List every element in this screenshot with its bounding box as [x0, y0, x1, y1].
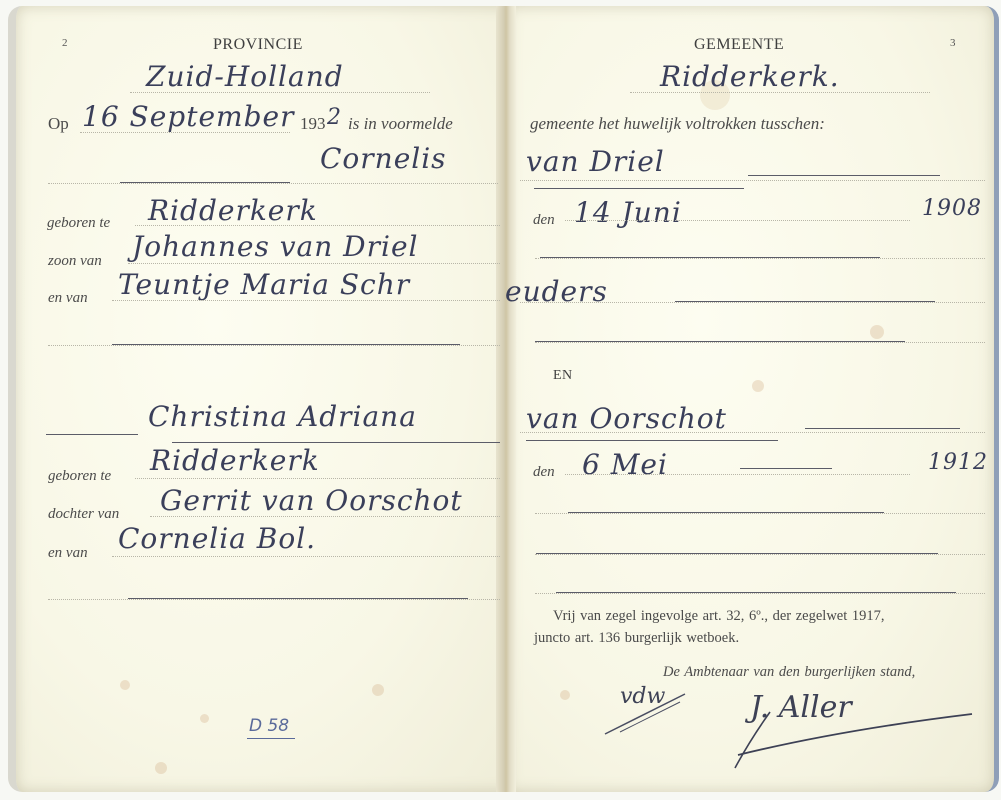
dotted-line: [48, 599, 500, 600]
municipality-handwritten: Ridderkerk.: [660, 60, 840, 93]
signature-flourish: [730, 700, 980, 770]
foxing-stain: [560, 690, 570, 700]
year-printed: 193: [300, 114, 326, 134]
fill-rule: [740, 468, 832, 469]
book-spine: [496, 6, 516, 792]
dotted-line: [112, 556, 500, 557]
fill-rule: [540, 257, 880, 258]
fill-rule: [120, 182, 290, 183]
foxing-stain: [752, 380, 764, 392]
groom-surname: van Driel: [526, 145, 665, 178]
bride-mother: Cornelia Bol.: [118, 522, 316, 555]
bride-born-label: geboren te: [48, 468, 111, 485]
dotted-line: [128, 263, 500, 264]
dotted-line: [48, 345, 500, 346]
separator-en: EN: [553, 368, 573, 384]
groom-mother-label: en van: [48, 290, 88, 307]
fill-rule: [556, 592, 956, 593]
dotted-line: [535, 593, 985, 594]
dotted-line: [535, 258, 985, 259]
groom-father: Johannes van Driel: [132, 230, 418, 263]
dotted-line: [48, 183, 498, 184]
dotted-line: [150, 516, 500, 517]
groom-date-label: den: [533, 212, 555, 229]
bride-birth-year: 1912: [928, 450, 988, 475]
bride-date-label: den: [533, 464, 555, 481]
dotted-line: [535, 554, 985, 555]
initials-stroke: [600, 690, 690, 740]
bride-father-label: dochter van: [48, 506, 119, 523]
groom-first-names: Cornelis: [320, 142, 447, 175]
marriage-date-handwritten: 16 September: [82, 100, 294, 133]
groom-birth-year: 1908: [922, 196, 982, 221]
dotted-line: [135, 478, 500, 479]
foxing-stain: [120, 680, 130, 690]
dotted-line: [565, 474, 910, 475]
dotted-line: [565, 220, 910, 221]
legal-text-line1: Vrij van zegel ingevolge art. 32, 6º., d…: [553, 608, 885, 625]
fill-rule: [536, 553, 938, 554]
dotted-line: [130, 92, 430, 93]
fill-rule: [46, 434, 138, 435]
official-title: De Ambtenaar van den burgerlijken stand,: [663, 664, 915, 681]
groom-mother-continued: euders: [505, 275, 608, 308]
bride-birthplace: Ridderkerk: [150, 444, 320, 477]
dotted-line: [535, 513, 985, 514]
page-number-right: 3: [950, 37, 956, 49]
dotted-line: [520, 432, 985, 433]
fill-rule: [534, 188, 744, 189]
fill-rule: [568, 512, 884, 513]
legal-text-line2: juncto art. 136 burgerlijk wetboek.: [534, 630, 739, 647]
date-prefix: Op: [48, 114, 69, 134]
dotted-line: [535, 342, 985, 343]
groom-father-label: zoon van: [48, 253, 102, 270]
pencil-note: D 58: [247, 716, 295, 739]
fill-rule: [526, 440, 778, 441]
intro-text: gemeente het huwelijk voltrokken tussche…: [530, 114, 825, 134]
bride-surname: van Oorschot: [526, 402, 727, 435]
bride-first-names: Christina Adriana: [148, 400, 417, 433]
foxing-stain: [200, 714, 209, 723]
page-number-left: 2: [62, 37, 68, 49]
foxing-stain: [155, 762, 167, 774]
groom-birth-date: 14 Juni: [574, 196, 682, 229]
province-handwritten: Zuid-Holland: [146, 60, 344, 93]
dotted-line: [520, 180, 985, 181]
dotted-line: [520, 302, 985, 303]
fill-rule: [535, 341, 905, 342]
dotted-line: [630, 92, 930, 93]
dotted-line: [80, 132, 290, 133]
bride-father: Gerrit van Oorschot: [160, 484, 463, 517]
fill-rule: [805, 428, 960, 429]
groom-born-label: geboren te: [47, 215, 110, 232]
fill-rule: [172, 442, 500, 443]
fill-rule: [748, 175, 940, 176]
groom-mother: Teuntje Maria Schr: [118, 268, 410, 301]
province-header: PROVINCIE: [213, 36, 303, 54]
municipality-header: GEMEENTE: [694, 36, 784, 54]
fill-rule: [112, 344, 460, 345]
foxing-stain: [870, 325, 884, 339]
foxing-stain: [372, 684, 384, 696]
fill-rule: [128, 598, 468, 599]
year-handwritten: 2: [327, 105, 342, 130]
dotted-line: [135, 225, 500, 226]
groom-birthplace: Ridderkerk: [148, 194, 318, 227]
date-suffix: is in voormelde: [348, 114, 453, 134]
fill-rule: [675, 301, 935, 302]
bride-mother-label: en van: [48, 545, 88, 562]
dotted-line: [112, 300, 500, 301]
bride-birth-date: 6 Mei: [582, 448, 668, 481]
